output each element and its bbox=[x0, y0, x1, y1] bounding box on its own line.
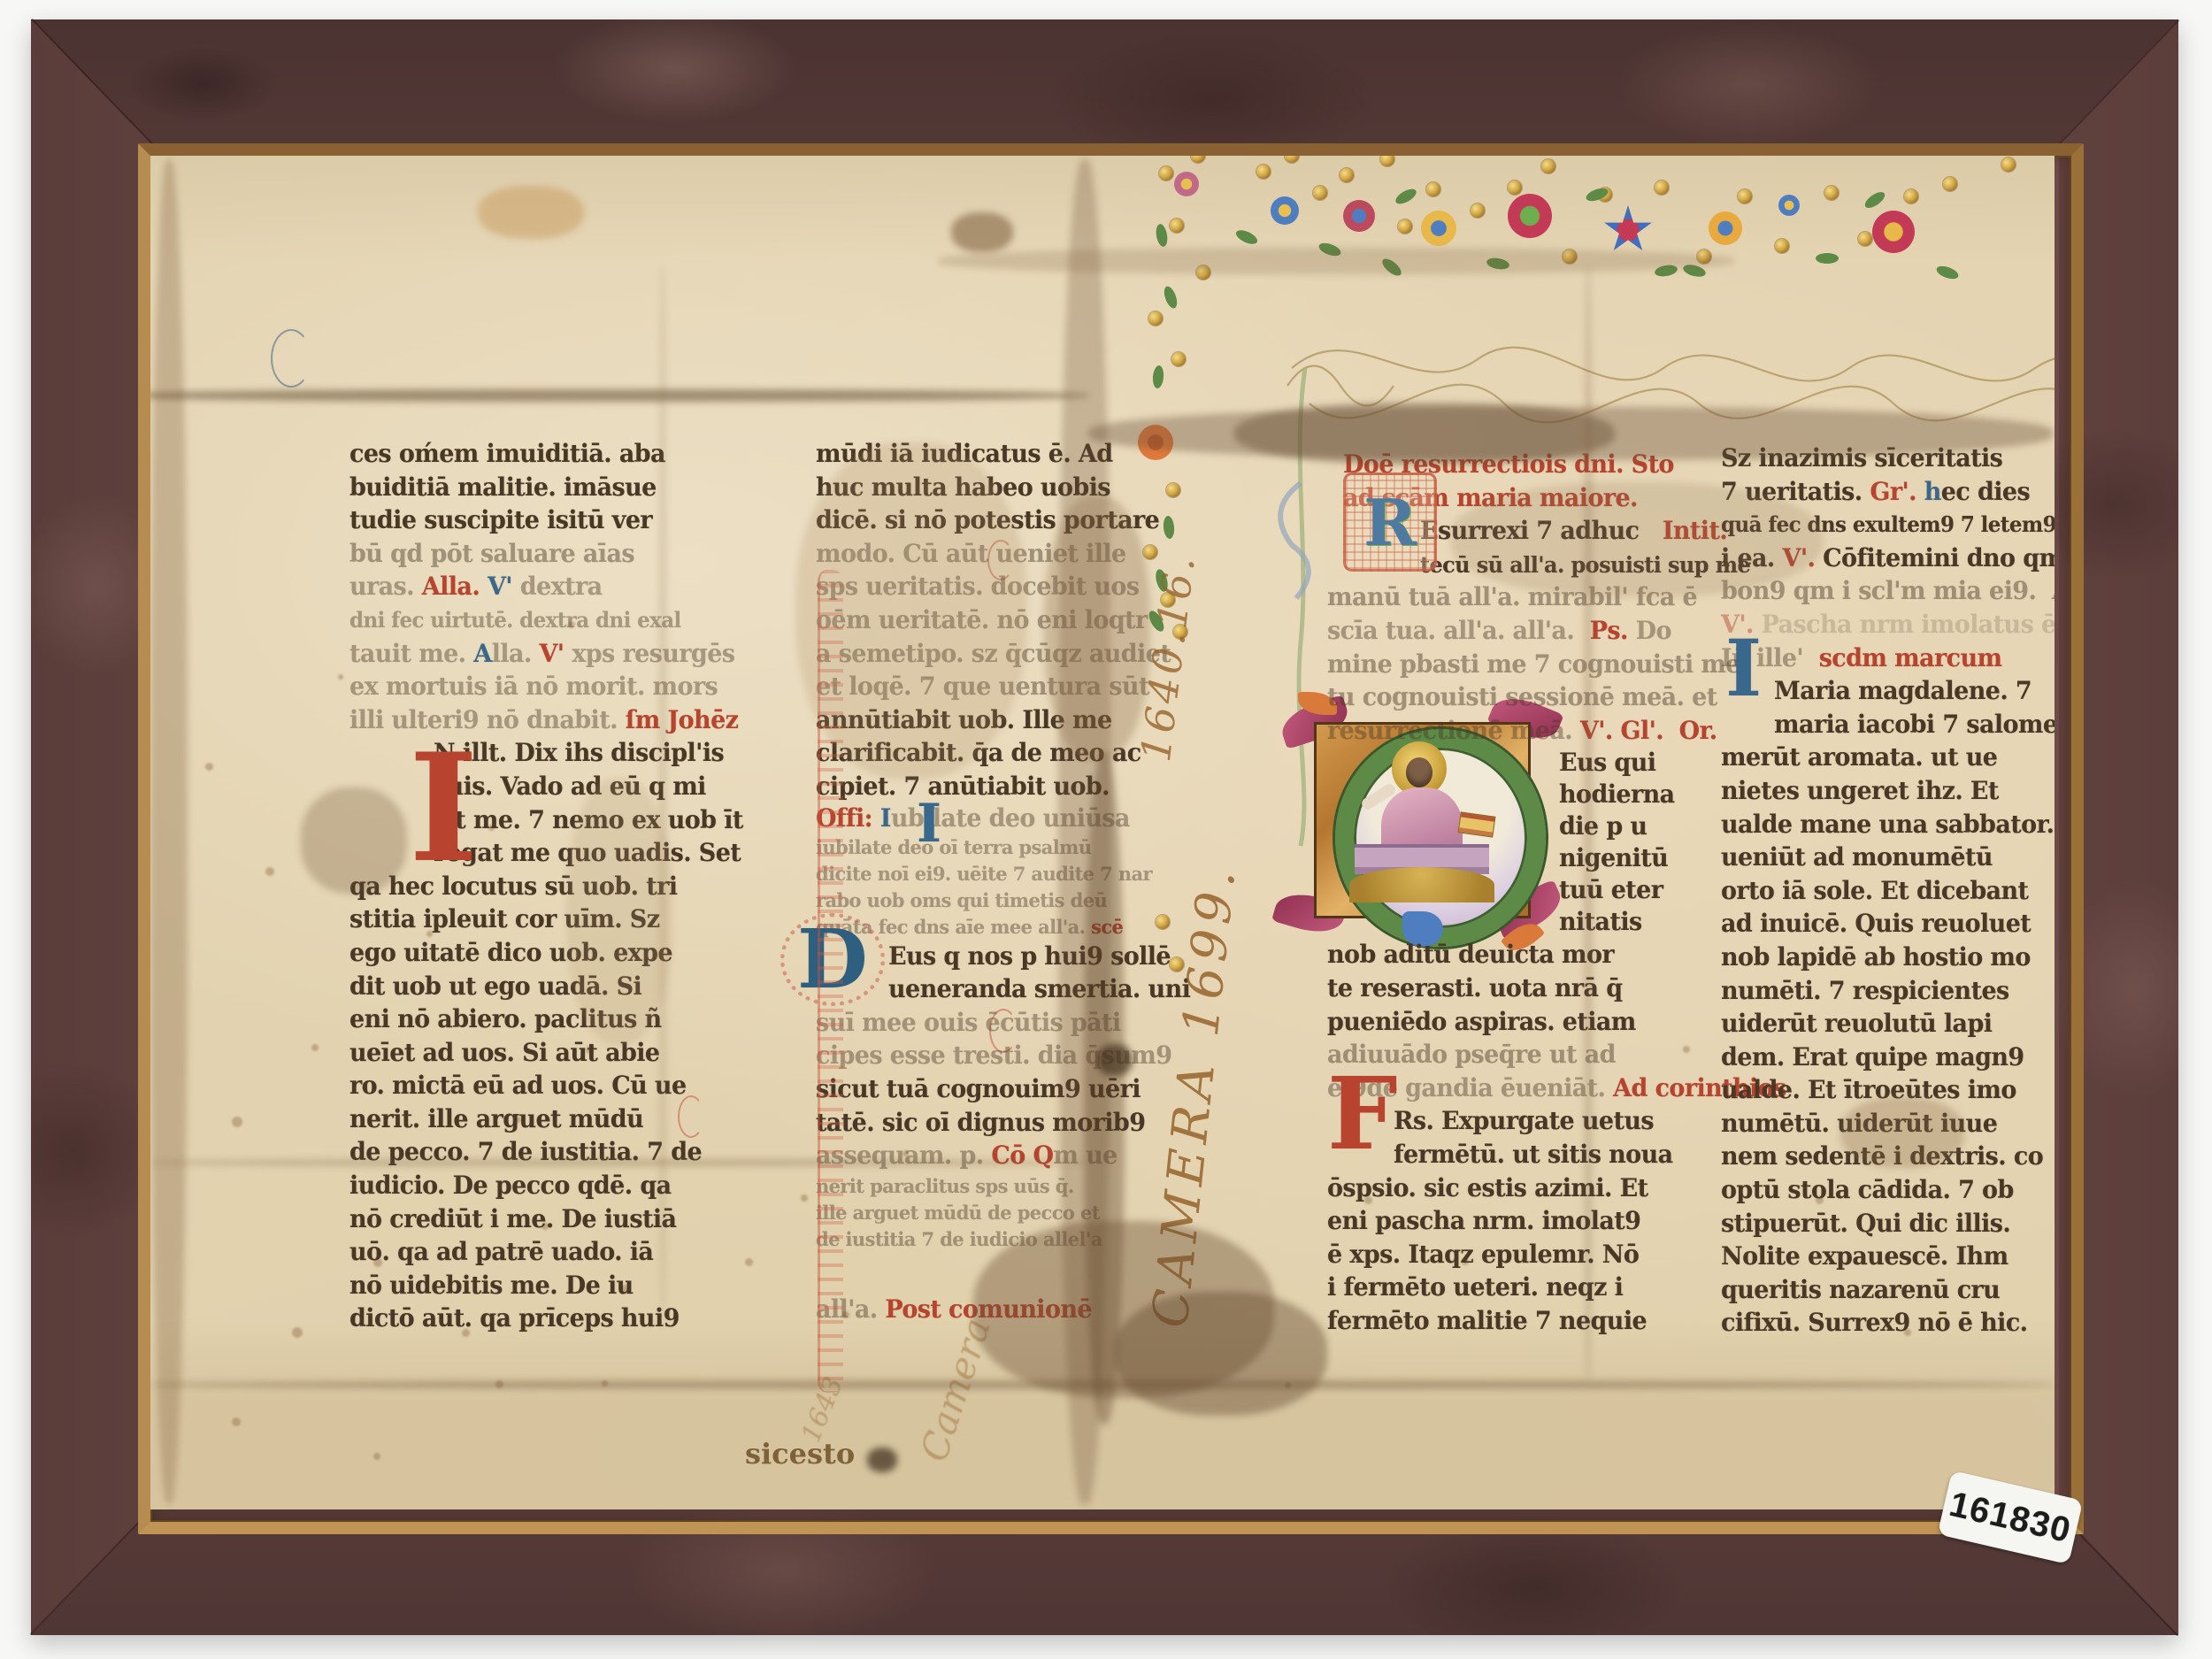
gold-bezant bbox=[1943, 177, 1957, 191]
text-line: Rs. Expurgate uetus bbox=[1394, 1104, 1752, 1139]
initial-I-red: I bbox=[409, 741, 479, 875]
text-line: eni pascha nrm. imolat9 bbox=[1327, 1204, 1752, 1239]
text-line: tu cognouisti sessionē meā. et bbox=[1327, 680, 1752, 715]
text-line: nō uidebitis me. De iu bbox=[349, 1269, 787, 1303]
stain bbox=[951, 212, 1013, 252]
text-line: iudicio. De pecco qdē. qa bbox=[349, 1169, 787, 1203]
text-line: buiditiā malitie. imāsue bbox=[349, 471, 787, 505]
manuscript-bifolium: ces oḿem imuiditiā. ababuiditiā malitie.… bbox=[150, 156, 2055, 1509]
border-leaf bbox=[1486, 257, 1510, 271]
gold-bezant bbox=[1563, 250, 1577, 264]
foxing-spot bbox=[265, 867, 274, 876]
text-line: dit uob ut ego uadā. Si bbox=[349, 970, 787, 1004]
foxing-spot bbox=[1285, 1382, 1291, 1388]
text-line: cifixū. Surrex9 nō ē hic. bbox=[1721, 1306, 2055, 1340]
gold-bezant bbox=[1256, 165, 1271, 179]
foxing-spot bbox=[232, 1117, 242, 1127]
stain bbox=[150, 159, 188, 1504]
text-line: ualde. Et ītroeūtes imo bbox=[1721, 1073, 2055, 1108]
text-line: stitia ipleuit cor uīm. Sz bbox=[349, 902, 787, 937]
text-line: numētū. uiderūt iuue bbox=[1721, 1107, 2055, 1141]
text-line: nietes ungeret ihz. Et bbox=[1721, 774, 2055, 809]
foxing-spot bbox=[232, 1417, 241, 1426]
text-line: ro. mictā eū ad uos. Cū ue bbox=[349, 1069, 787, 1103]
foxing-spot bbox=[338, 674, 343, 680]
gold-bezant bbox=[1471, 204, 1485, 218]
gold-bezant bbox=[1159, 166, 1173, 180]
text-line: mine pbasti me 7 cognouisti me bbox=[1327, 648, 1752, 682]
gold-bezant bbox=[1541, 159, 1555, 173]
border-flower bbox=[1709, 211, 1742, 245]
text-line: queritis nazarenū cru bbox=[1721, 1273, 2055, 1308]
inventory-number: 161830 bbox=[1946, 1484, 2075, 1550]
text-line: scīa tua. all'a. all'a. Ps. Do bbox=[1327, 614, 1752, 649]
text-line: numēti. 7 respicientes bbox=[1721, 974, 2055, 1009]
text-line: N illt. Dix ihs discipl'is bbox=[434, 736, 787, 771]
stain bbox=[478, 186, 584, 239]
text-line: nerit. ille arguet mūdū bbox=[349, 1102, 787, 1137]
gold-bezant bbox=[1858, 232, 1872, 246]
gold-bezant bbox=[1426, 182, 1440, 196]
foxing-spot bbox=[801, 1194, 808, 1202]
gold-bezant bbox=[2001, 157, 2016, 172]
foxing-spot bbox=[292, 1327, 303, 1338]
border-leaf bbox=[1682, 263, 1707, 279]
text-line: fermēto malitie 7 nequie bbox=[1327, 1304, 1752, 1339]
text-line: optū stola cādida. 7 ob bbox=[1721, 1173, 2055, 1208]
text-line: iubilate deo oī terra psalmū bbox=[816, 833, 1232, 861]
text-line: V'. Pascha nrm imolatus ē x. bbox=[1721, 608, 2055, 642]
text-line: ē xps. Itaqz epulemr. Nō bbox=[1327, 1238, 1752, 1272]
initial-I-blue: I bbox=[917, 800, 941, 848]
border-leaf bbox=[1234, 227, 1260, 247]
border-flower bbox=[1421, 211, 1456, 246]
gold-bezant bbox=[1655, 180, 1669, 195]
text-line: bon9 qm i scl'm mia ei9. All' bbox=[1721, 574, 2055, 609]
text-line: ex mortuis iā nō morit. mors bbox=[349, 670, 787, 704]
text-line: nob aditū deuicta mor bbox=[1327, 938, 1752, 972]
gold-bezant bbox=[1170, 219, 1184, 233]
border-leaf bbox=[1152, 365, 1164, 389]
border-leaf bbox=[1317, 241, 1343, 258]
foxing-spot bbox=[495, 1380, 503, 1388]
text-line: sit me. 7 nemo ex uob īt bbox=[434, 803, 787, 838]
foxing-spot bbox=[311, 1044, 319, 1051]
text-line: Maria magdalene. 7 bbox=[1774, 674, 2055, 709]
border-flower bbox=[1603, 205, 1653, 255]
gold-bezant bbox=[1824, 186, 1839, 200]
text-line: manū tuā all'a. mirabil' fca ē bbox=[1327, 580, 1752, 615]
gold-bezant bbox=[1380, 156, 1394, 166]
text-line: huc multa habeo uobis bbox=[816, 471, 1232, 505]
border-leaf bbox=[1155, 223, 1169, 248]
initial-I-blue-2: I bbox=[1725, 634, 1762, 703]
text-line: rabo uob oms qui timetis deū bbox=[816, 887, 1232, 914]
gold-bezant bbox=[1171, 352, 1186, 366]
foxing-spot bbox=[205, 763, 213, 771]
border-flower bbox=[1778, 195, 1800, 216]
gold-bezant bbox=[1904, 189, 1918, 204]
gold-bezant bbox=[1313, 186, 1327, 200]
text-line: suis. Vado ad eū q mi bbox=[434, 770, 787, 804]
text-line: dem. Erat quipe magn9 bbox=[1721, 1041, 2055, 1075]
text-line: uō. qa ad patrē uado. iā bbox=[349, 1235, 787, 1270]
text-line: Iñ ille' scdm marcum bbox=[1721, 641, 2055, 676]
foxing-spot bbox=[373, 1453, 380, 1460]
gold-bezant bbox=[1508, 180, 1522, 195]
text-line: ego uitatē dico uob. expe bbox=[349, 936, 787, 971]
text-line: nob lapidē ab hostio mo bbox=[1721, 941, 2055, 975]
text-line: tauit me. Alla. V' xps resurgēs bbox=[349, 637, 787, 672]
text-line: nō crediūt i me. De iustiā bbox=[349, 1202, 787, 1237]
text-line: maria iacobi 7 salome. e bbox=[1774, 708, 2055, 742]
text-line: 7 ueritatis. Gr'. hec dies bbox=[1721, 475, 2055, 510]
border-flower bbox=[1343, 200, 1375, 232]
text-line: Esurrexi 7 adhuc Intit. bbox=[1420, 514, 1752, 549]
border-leaf bbox=[1935, 264, 1961, 281]
gold-bezant bbox=[1738, 189, 1752, 204]
text-line: de pecco. 7 de iustitia. 7 de bbox=[349, 1135, 787, 1170]
text-line: dictō aūt. qa prīceps hui9 bbox=[349, 1302, 787, 1336]
gold-bezant bbox=[1398, 219, 1412, 234]
text-line: tudie suscipite isitū ver bbox=[349, 503, 787, 538]
border-leaf bbox=[1394, 186, 1419, 206]
text-line: uras. Alla. V' dextra bbox=[349, 570, 787, 604]
gold-bezant bbox=[1697, 250, 1711, 264]
margin-paraph bbox=[271, 329, 311, 388]
gold-bezant bbox=[1196, 265, 1210, 280]
text-line: dni fec uirtutē. dextra dni exal bbox=[349, 603, 787, 638]
text-column-3: Doē resurrectiois dni. Stoad scām maria … bbox=[1327, 448, 1752, 1337]
text-line: Nolite expauescē. Ihm bbox=[1721, 1240, 2055, 1274]
border-flower bbox=[1271, 196, 1299, 225]
text-line: eni nō abiero. paclitus ñ bbox=[349, 1002, 787, 1037]
border-flower bbox=[1174, 172, 1199, 196]
red-penwork-band bbox=[818, 570, 843, 1393]
border-leaf bbox=[1379, 256, 1404, 279]
border-flower bbox=[1872, 211, 1915, 253]
text-line: ualde mane una sabbator. bbox=[1721, 808, 2055, 842]
stain bbox=[867, 1448, 897, 1472]
text-line: ad inuicē. Quis reuoluet bbox=[1721, 907, 2055, 941]
penwork-initial-R: R bbox=[1343, 472, 1437, 572]
text-line: Sz inazimis sīceritatis bbox=[1721, 442, 2055, 476]
text-line: i ea. V'. Cōfitemini dno qm bbox=[1721, 541, 2055, 576]
gold-bezant bbox=[1285, 156, 1299, 163]
border-leaf bbox=[1816, 253, 1839, 264]
text-column-4: Sz inazimis sīceritatis7 ueritatis. Gr'.… bbox=[1721, 442, 2055, 1340]
text-line: rogat me quo uadis. Set bbox=[434, 836, 787, 871]
text-line: ōspsio. sic estis azimi. Et bbox=[1327, 1171, 1752, 1206]
text-line: mūdi iā iudicatus ē. Ad bbox=[816, 437, 1232, 472]
text-line: dicite noī ei9. uēite 7 audite 7 nar bbox=[816, 860, 1232, 887]
text-line: nem sedentē i dextris. co bbox=[1721, 1140, 2055, 1174]
text-line: te reserasti. uota nrā q̄ bbox=[1327, 972, 1752, 1006]
border-leaf bbox=[1863, 189, 1887, 211]
text-line: fermētū. ut sitis noua bbox=[1394, 1138, 1752, 1172]
text-line: stipuerūt. Qui dic illis. bbox=[1721, 1207, 2055, 1241]
initial-F-red: F bbox=[1327, 1071, 1398, 1160]
text-line: bū qd pōt saluare aīas bbox=[349, 537, 787, 572]
gold-bezant bbox=[1191, 156, 1205, 163]
inscription-sicesto: sicesto bbox=[745, 1437, 855, 1471]
text-line: ces oḿem imuiditiā. aba bbox=[349, 437, 787, 472]
stain bbox=[150, 1380, 2053, 1389]
text-line: ueniūt ad monumētū bbox=[1721, 841, 2055, 875]
gold-bezant bbox=[1340, 168, 1354, 182]
stain bbox=[150, 389, 1088, 402]
text-line: suī mee ouis ēcūtis pāti bbox=[816, 1006, 1232, 1041]
border-leaf bbox=[1654, 264, 1678, 278]
text-line: tecū sū all'a. posuisti sup me bbox=[1420, 548, 1752, 582]
text-line: ueīet ad uos. Si aūt abie bbox=[349, 1036, 787, 1071]
photograph-of-framed-manuscript: ces oḿem imuiditiā. ababuiditiā malitie.… bbox=[0, 0, 2212, 1659]
border-flower bbox=[1508, 194, 1552, 238]
gold-bezant bbox=[1775, 239, 1789, 253]
foxing-spot bbox=[602, 1380, 608, 1386]
text-line: i fermēto ueteri. neqz i bbox=[1327, 1271, 1752, 1305]
text-line: merūt aromata. ut ue bbox=[1721, 741, 2055, 775]
text-line: quā fec dns exultem9 7 letem9 bbox=[1721, 508, 2055, 542]
text-line: orto iā sole. Et dicebant bbox=[1721, 874, 2055, 909]
border-leaf bbox=[1162, 285, 1179, 311]
text-line: resurrectionē meā. V'. Gl'. Or. bbox=[1327, 714, 1752, 749]
text-line: uiderūt reuolutū lapi bbox=[1721, 1007, 2055, 1041]
text-line: pueniēdo aspiras. etiam bbox=[1327, 1005, 1752, 1040]
gold-bezant bbox=[1148, 311, 1163, 326]
